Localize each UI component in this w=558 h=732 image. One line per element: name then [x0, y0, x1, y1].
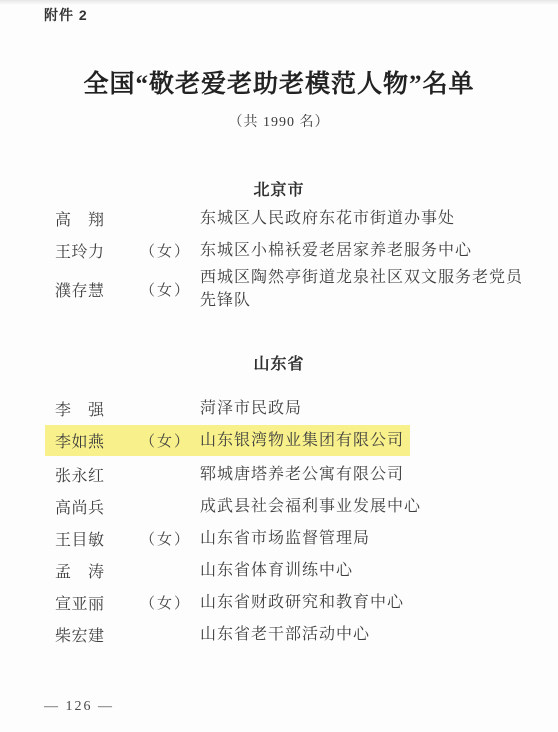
- person-name: 柴宏建: [45, 623, 140, 646]
- person-organization: 成武县社会福利事业发展中心: [200, 495, 525, 518]
- person-organization: 菏泽市民政局: [200, 397, 525, 420]
- list-item: 宣亚丽 （女） 山东省财政研究和教育中心: [45, 587, 525, 618]
- attachment-label: 附件 2: [44, 5, 88, 25]
- person-name: 李如燕: [45, 429, 140, 452]
- list-item: 李 强 菏泽市民政局: [45, 393, 525, 424]
- person-organization: 山东省市场监督管理局: [200, 527, 525, 550]
- person-name: 濮存慧: [45, 278, 140, 301]
- page-subtitle: （共 1990 名）: [0, 111, 558, 131]
- person-organization: 山东省财政研究和教育中心: [200, 591, 525, 614]
- person-organization: 山东银湾物业集团有限公司: [200, 429, 525, 452]
- list-item: 张永红 郓城唐塔养老公寓有限公司: [45, 459, 525, 490]
- highlighted-list-item: 李如燕 （女） 山东银湾物业集团有限公司: [45, 425, 525, 456]
- person-gender: （女）: [140, 592, 200, 613]
- list-item: 孟 涛 山东省体育训练中心: [45, 555, 525, 586]
- list-item: 高尚兵 成武县社会福利事业发展中心: [45, 491, 525, 522]
- person-organization: 东城区人民政府东花市街道办事处: [200, 207, 525, 230]
- person-organization: 西城区陶然亭街道龙泉社区双文服务老党员先锋队: [200, 266, 525, 312]
- person-name: 高 翔: [45, 207, 140, 230]
- list-item: 王玲力 （女） 东城区小棉袄爱老居家养老服务中心: [45, 234, 525, 266]
- person-name: 宣亚丽: [45, 591, 140, 614]
- person-name: 孟 涛: [45, 559, 140, 582]
- person-gender: （女）: [140, 528, 200, 549]
- list-item: 高 翔 东城区人民政府东花市街道办事处: [45, 202, 525, 234]
- page-title: 全国“敬老爱老助老模范人物”名单: [0, 64, 558, 100]
- person-name: 李 强: [45, 397, 140, 420]
- person-name: 高尚兵: [45, 495, 140, 518]
- list-item: 王目敏 （女） 山东省市场监督管理局: [45, 523, 525, 554]
- list-item: 柴宏建 山东省老干部活动中心: [45, 619, 525, 650]
- person-name: 王玲力: [45, 239, 140, 262]
- person-gender: （女）: [140, 430, 200, 451]
- person-organization: 山东省老干部活动中心: [200, 623, 525, 646]
- person-gender: （女）: [140, 240, 200, 261]
- person-organization: 东城区小棉袄爱老居家养老服务中心: [200, 239, 525, 262]
- section-list-beijing: 高 翔 东城区人民政府东花市街道办事处 王玲力 （女） 东城区小棉袄爱老居家养老…: [45, 202, 525, 312]
- document-page: 附件 2 全国“敬老爱老助老模范人物”名单 （共 1990 名） 北京市 高 翔…: [0, 0, 558, 732]
- section-header-beijing: 北京市: [0, 177, 558, 200]
- person-organization: 山东省体育训练中心: [200, 559, 525, 582]
- section-list-shandong: 李 强 菏泽市民政局 李如燕 （女） 山东银湾物业集团有限公司 张永红 郓城唐塔…: [45, 393, 525, 651]
- section-header-shandong: 山东省: [0, 351, 558, 374]
- page-number: — 126 —: [44, 699, 114, 715]
- person-gender: （女）: [140, 279, 200, 300]
- list-item: 濮存慧 （女） 西城区陶然亭街道龙泉社区双文服务老党员先锋队: [45, 266, 525, 312]
- person-name: 王目敏: [45, 527, 140, 550]
- person-name: 张永红: [45, 463, 140, 486]
- person-organization: 郓城唐塔养老公寓有限公司: [200, 463, 525, 486]
